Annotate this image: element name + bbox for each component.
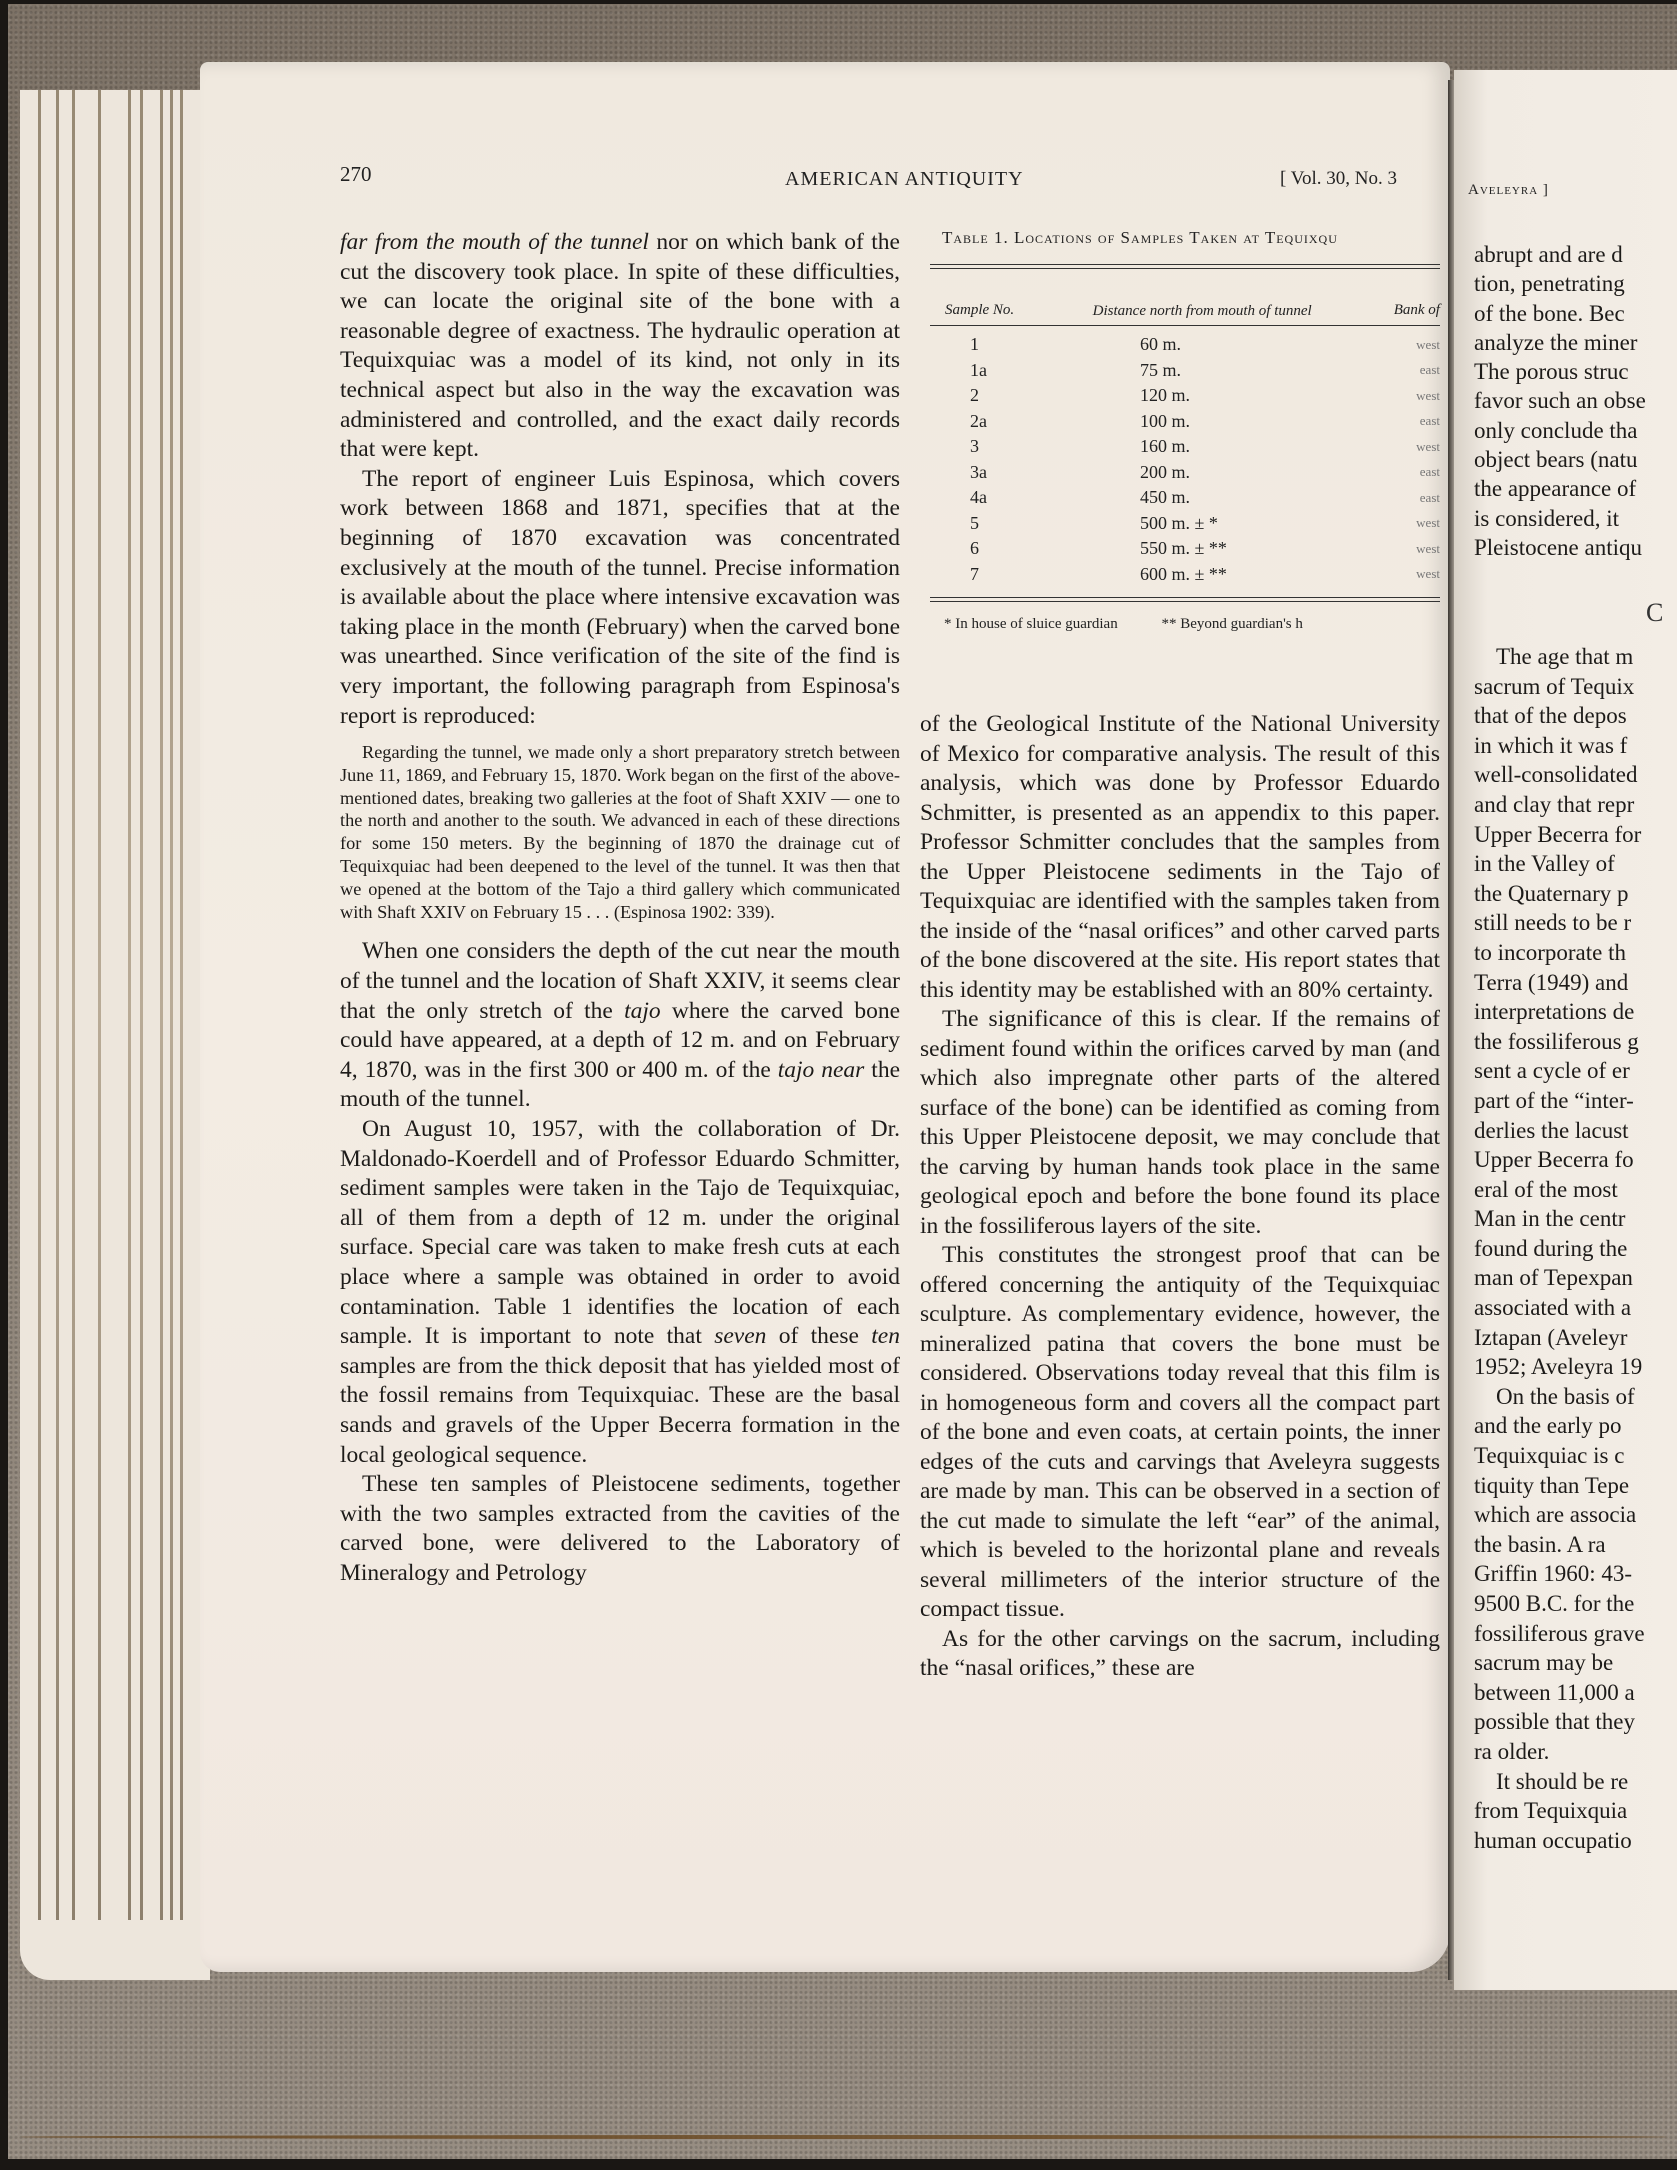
- table-row: 2a100 m.east: [930, 409, 1450, 435]
- paragraph: The significance of this is clear. If th…: [920, 1005, 1440, 1241]
- table-row: 5500 m. ± *west: [930, 511, 1450, 537]
- table-footnotes: * In house of sluice guardian ** Beyond …: [944, 616, 1450, 633]
- paragraph: When one considers the depth of the cut …: [340, 937, 900, 1115]
- table-row: 6550 m. ± **west: [930, 536, 1450, 562]
- left-text-column: far from the mouth of the tunnel nor on …: [340, 228, 900, 1589]
- journal-title: AMERICAN ANTIQUITY: [785, 168, 1024, 191]
- block-quote: Regarding the tunnel, we made only a sho…: [340, 741, 900, 923]
- table-row: 2120 m.west: [930, 383, 1450, 409]
- table-row: 7600 m. ± **west: [930, 562, 1450, 588]
- cover-edge: [20, 2135, 1667, 2139]
- samples-table: Table 1. Locations of Samples Taken at T…: [930, 228, 1450, 633]
- page-number: 270: [340, 162, 372, 187]
- paragraph: As for the other carvings on the sacrum,…: [920, 1625, 1440, 1684]
- facing-page-header: Aveleyra ]: [1468, 182, 1549, 199]
- stacked-page-edges: [20, 90, 210, 1980]
- table-row: 160 m.west: [930, 332, 1450, 358]
- page-header: 270 AMERICAN ANTIQUITY [ Vol. 30, No. 3: [340, 162, 1440, 192]
- table-row: 3160 m.west: [930, 434, 1450, 460]
- paragraph: The report of engineer Luis Espinosa, wh…: [340, 465, 900, 731]
- right-text-column: of the Geological Institute of the Natio…: [920, 710, 1440, 1684]
- table-row: 4a450 m.east: [930, 485, 1450, 511]
- section-heading: C: [1646, 598, 1663, 628]
- paragraph: This constitutes the strongest proof tha…: [920, 1241, 1440, 1625]
- table-header: Sample No. Distance north from mouth of …: [930, 269, 1440, 326]
- facing-page-text-bottom: The age that m sacrum of Tequix that of …: [1474, 642, 1677, 1855]
- volume-info: [ Vol. 30, No. 3: [1280, 168, 1397, 190]
- table-title: Table 1. Locations of Samples Taken at T…: [942, 228, 1450, 248]
- paragraph: far from the mouth of the tunnel nor on …: [340, 228, 900, 465]
- footnote: * In house of sluice guardian: [944, 616, 1118, 632]
- facing-page: Aveleyra ] abrupt and are d tion, penetr…: [1454, 70, 1677, 1990]
- table-body: 160 m.west 1a75 m.east 2120 m.west 2a100…: [930, 326, 1450, 587]
- table-rule: [930, 597, 1440, 602]
- paragraph: These ten samples of Pleistocene sedimen…: [340, 1470, 900, 1588]
- paragraph: On August 10, 1957, with the collaborati…: [340, 1115, 900, 1470]
- footnote: ** Beyond guardian's h: [1161, 616, 1302, 632]
- facing-page-text-top: abrupt and are d tion, penetrating of th…: [1474, 240, 1677, 562]
- table-row: 3a200 m.east: [930, 460, 1450, 486]
- paragraph: of the Geological Institute of the Natio…: [920, 710, 1440, 1005]
- table-row: 1a75 m.east: [930, 358, 1450, 384]
